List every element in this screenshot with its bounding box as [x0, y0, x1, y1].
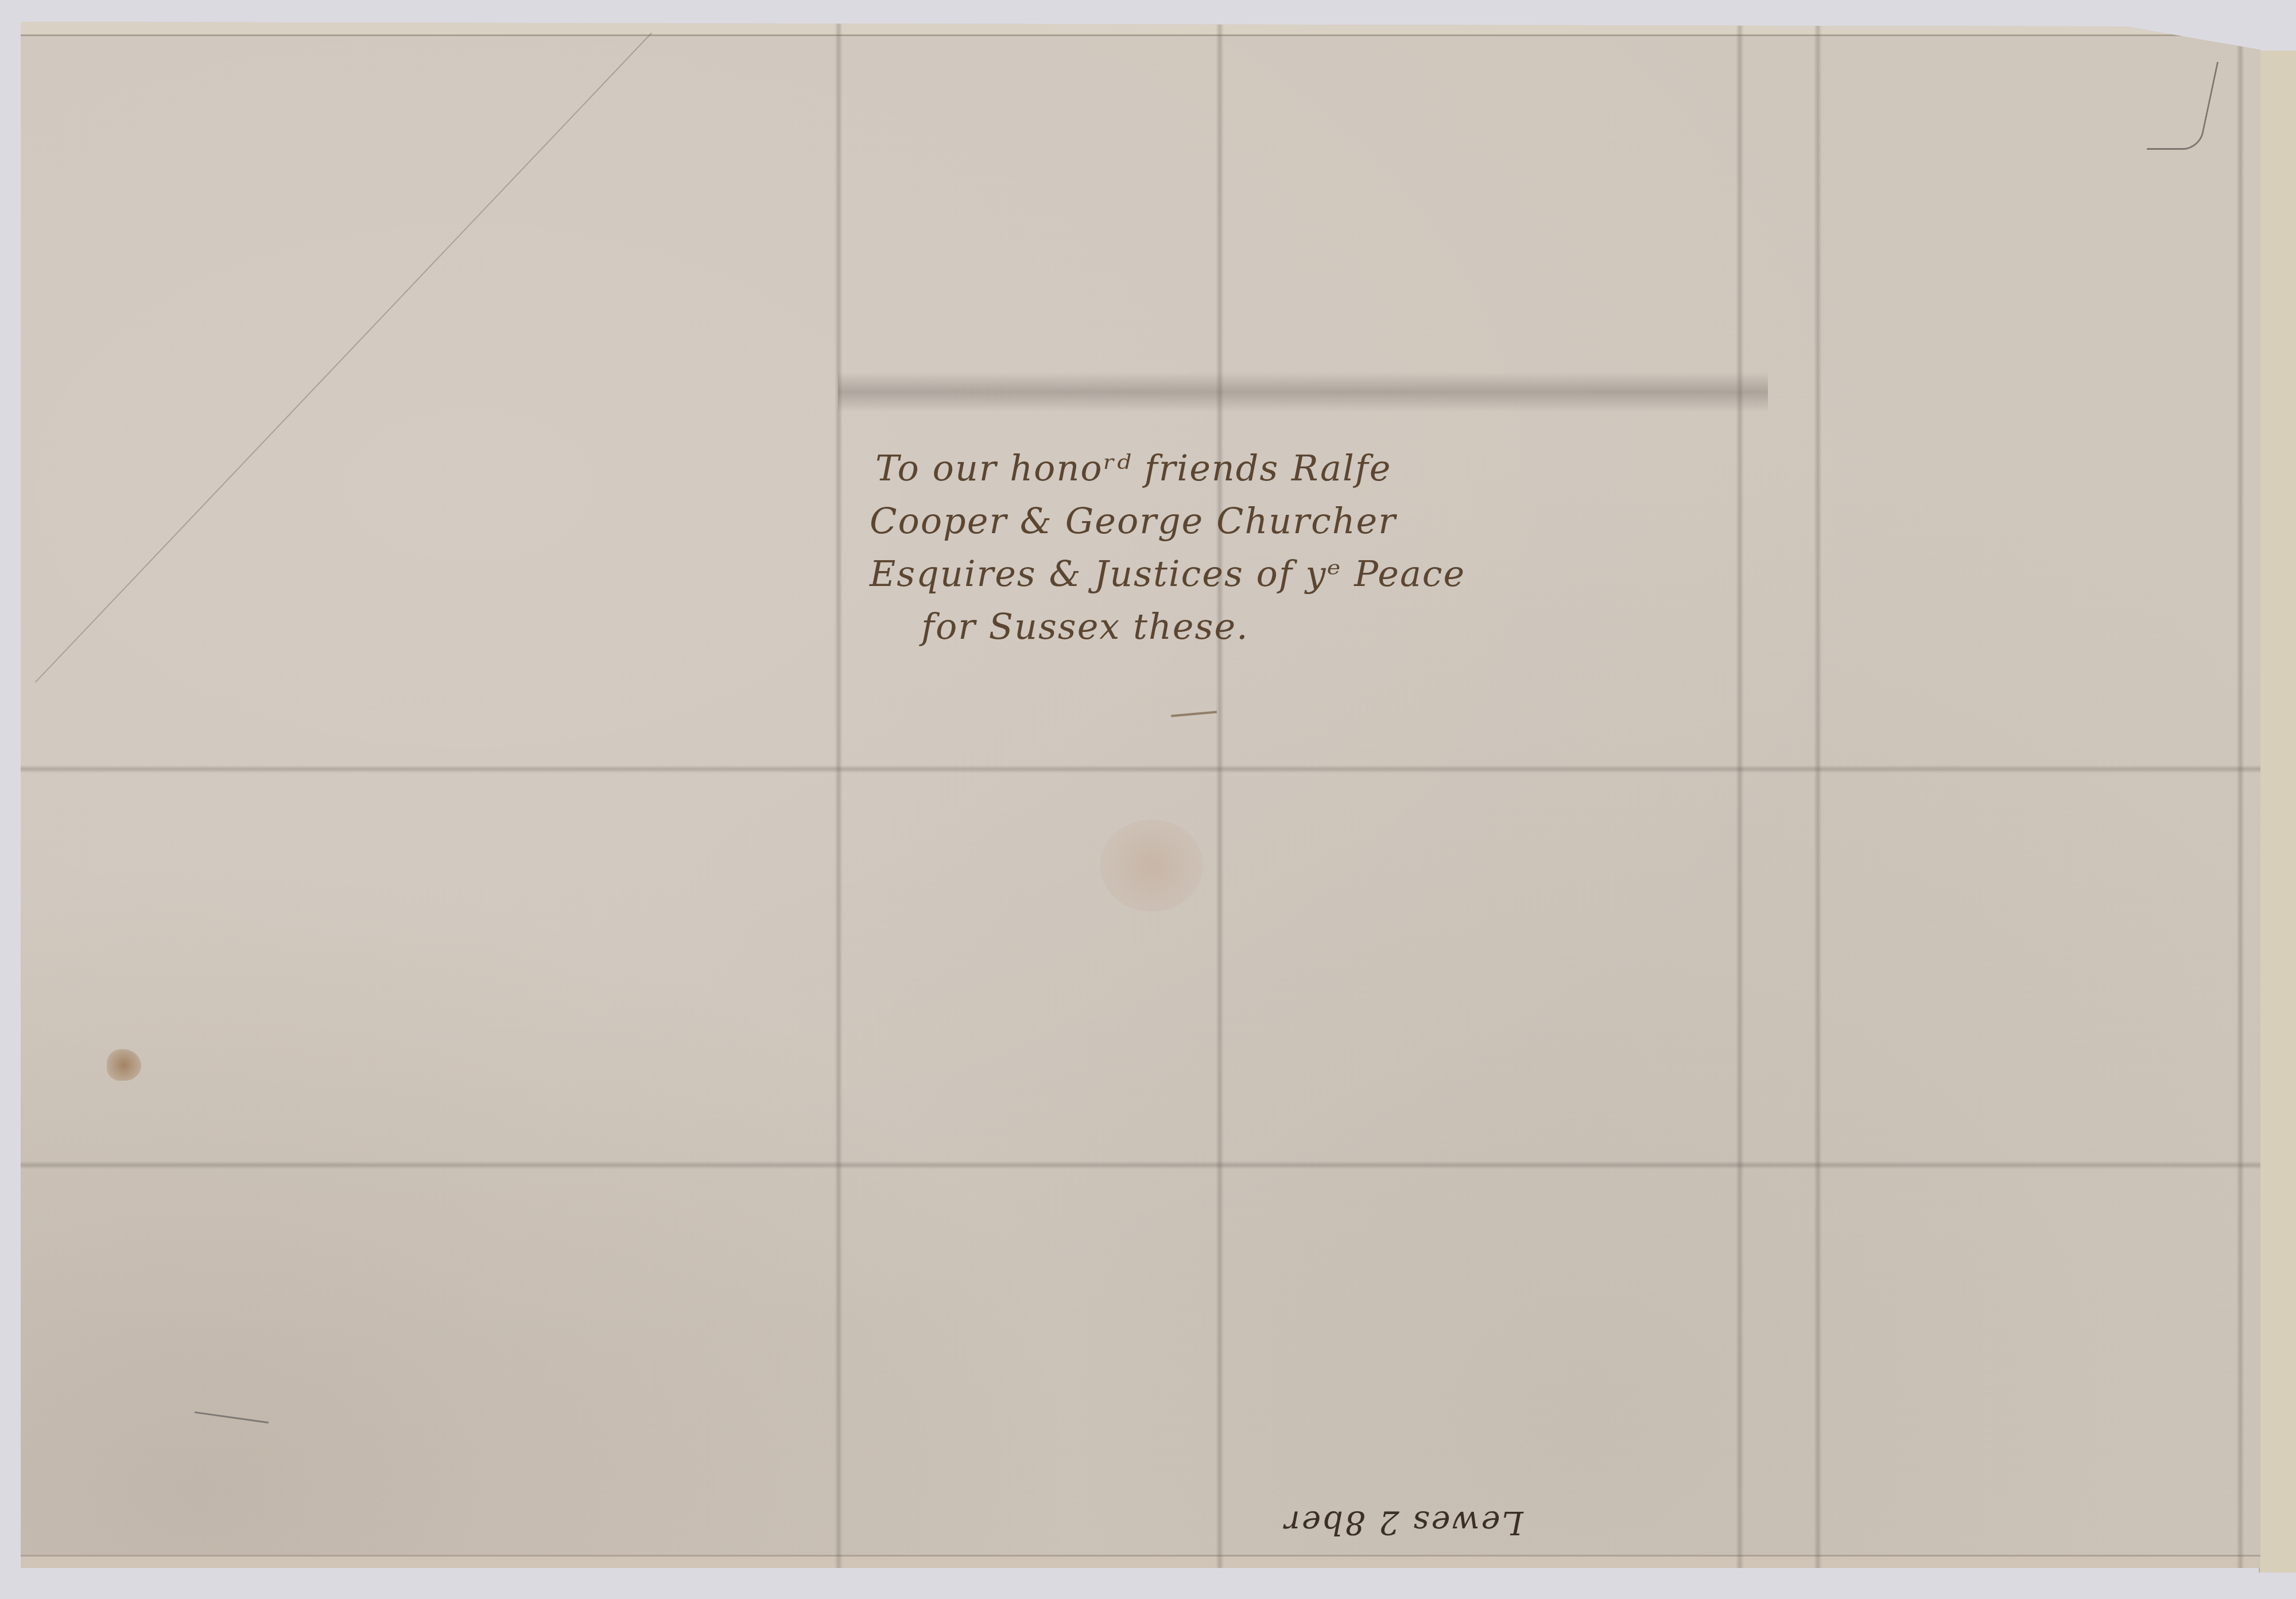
diagonal-crease [35, 33, 652, 683]
ink-dash [1171, 711, 1217, 717]
paper-top-edge [21, 22, 2260, 36]
fold-line-vertical [1814, 22, 1822, 1568]
address-line-2: Cooper & George Churcher [870, 495, 1685, 548]
address-line-3: Esquires & Justices of yᵉ Peace [870, 548, 1685, 600]
fold-line-horizontal [21, 765, 2260, 773]
fold-line-vertical [1216, 22, 1224, 1568]
address-line-4: for Sussex these. [870, 600, 1685, 653]
letter-sheet [21, 22, 2260, 1568]
stain-mark [107, 1049, 141, 1081]
mount-strip [2259, 51, 2296, 1573]
address-block: To our honoʳᵈ friends Ralfe Cooper & Geo… [870, 442, 1685, 653]
fold-shadow [838, 372, 1768, 412]
damage-mark [192, 1411, 269, 1443]
tear-mark [2147, 62, 2219, 150]
fold-line-vertical [835, 22, 843, 1568]
docket-note: Lewes 2 8ber [1283, 1504, 1523, 1541]
paper-bottom-edge [21, 1555, 2260, 1568]
fold-line-vertical [1736, 22, 1744, 1568]
fold-line-vertical [2236, 22, 2244, 1568]
address-line-1: To our honoʳᵈ friends Ralfe [870, 442, 1685, 495]
fold-line-horizontal [21, 1161, 2260, 1169]
faint-stain [1100, 820, 1203, 911]
